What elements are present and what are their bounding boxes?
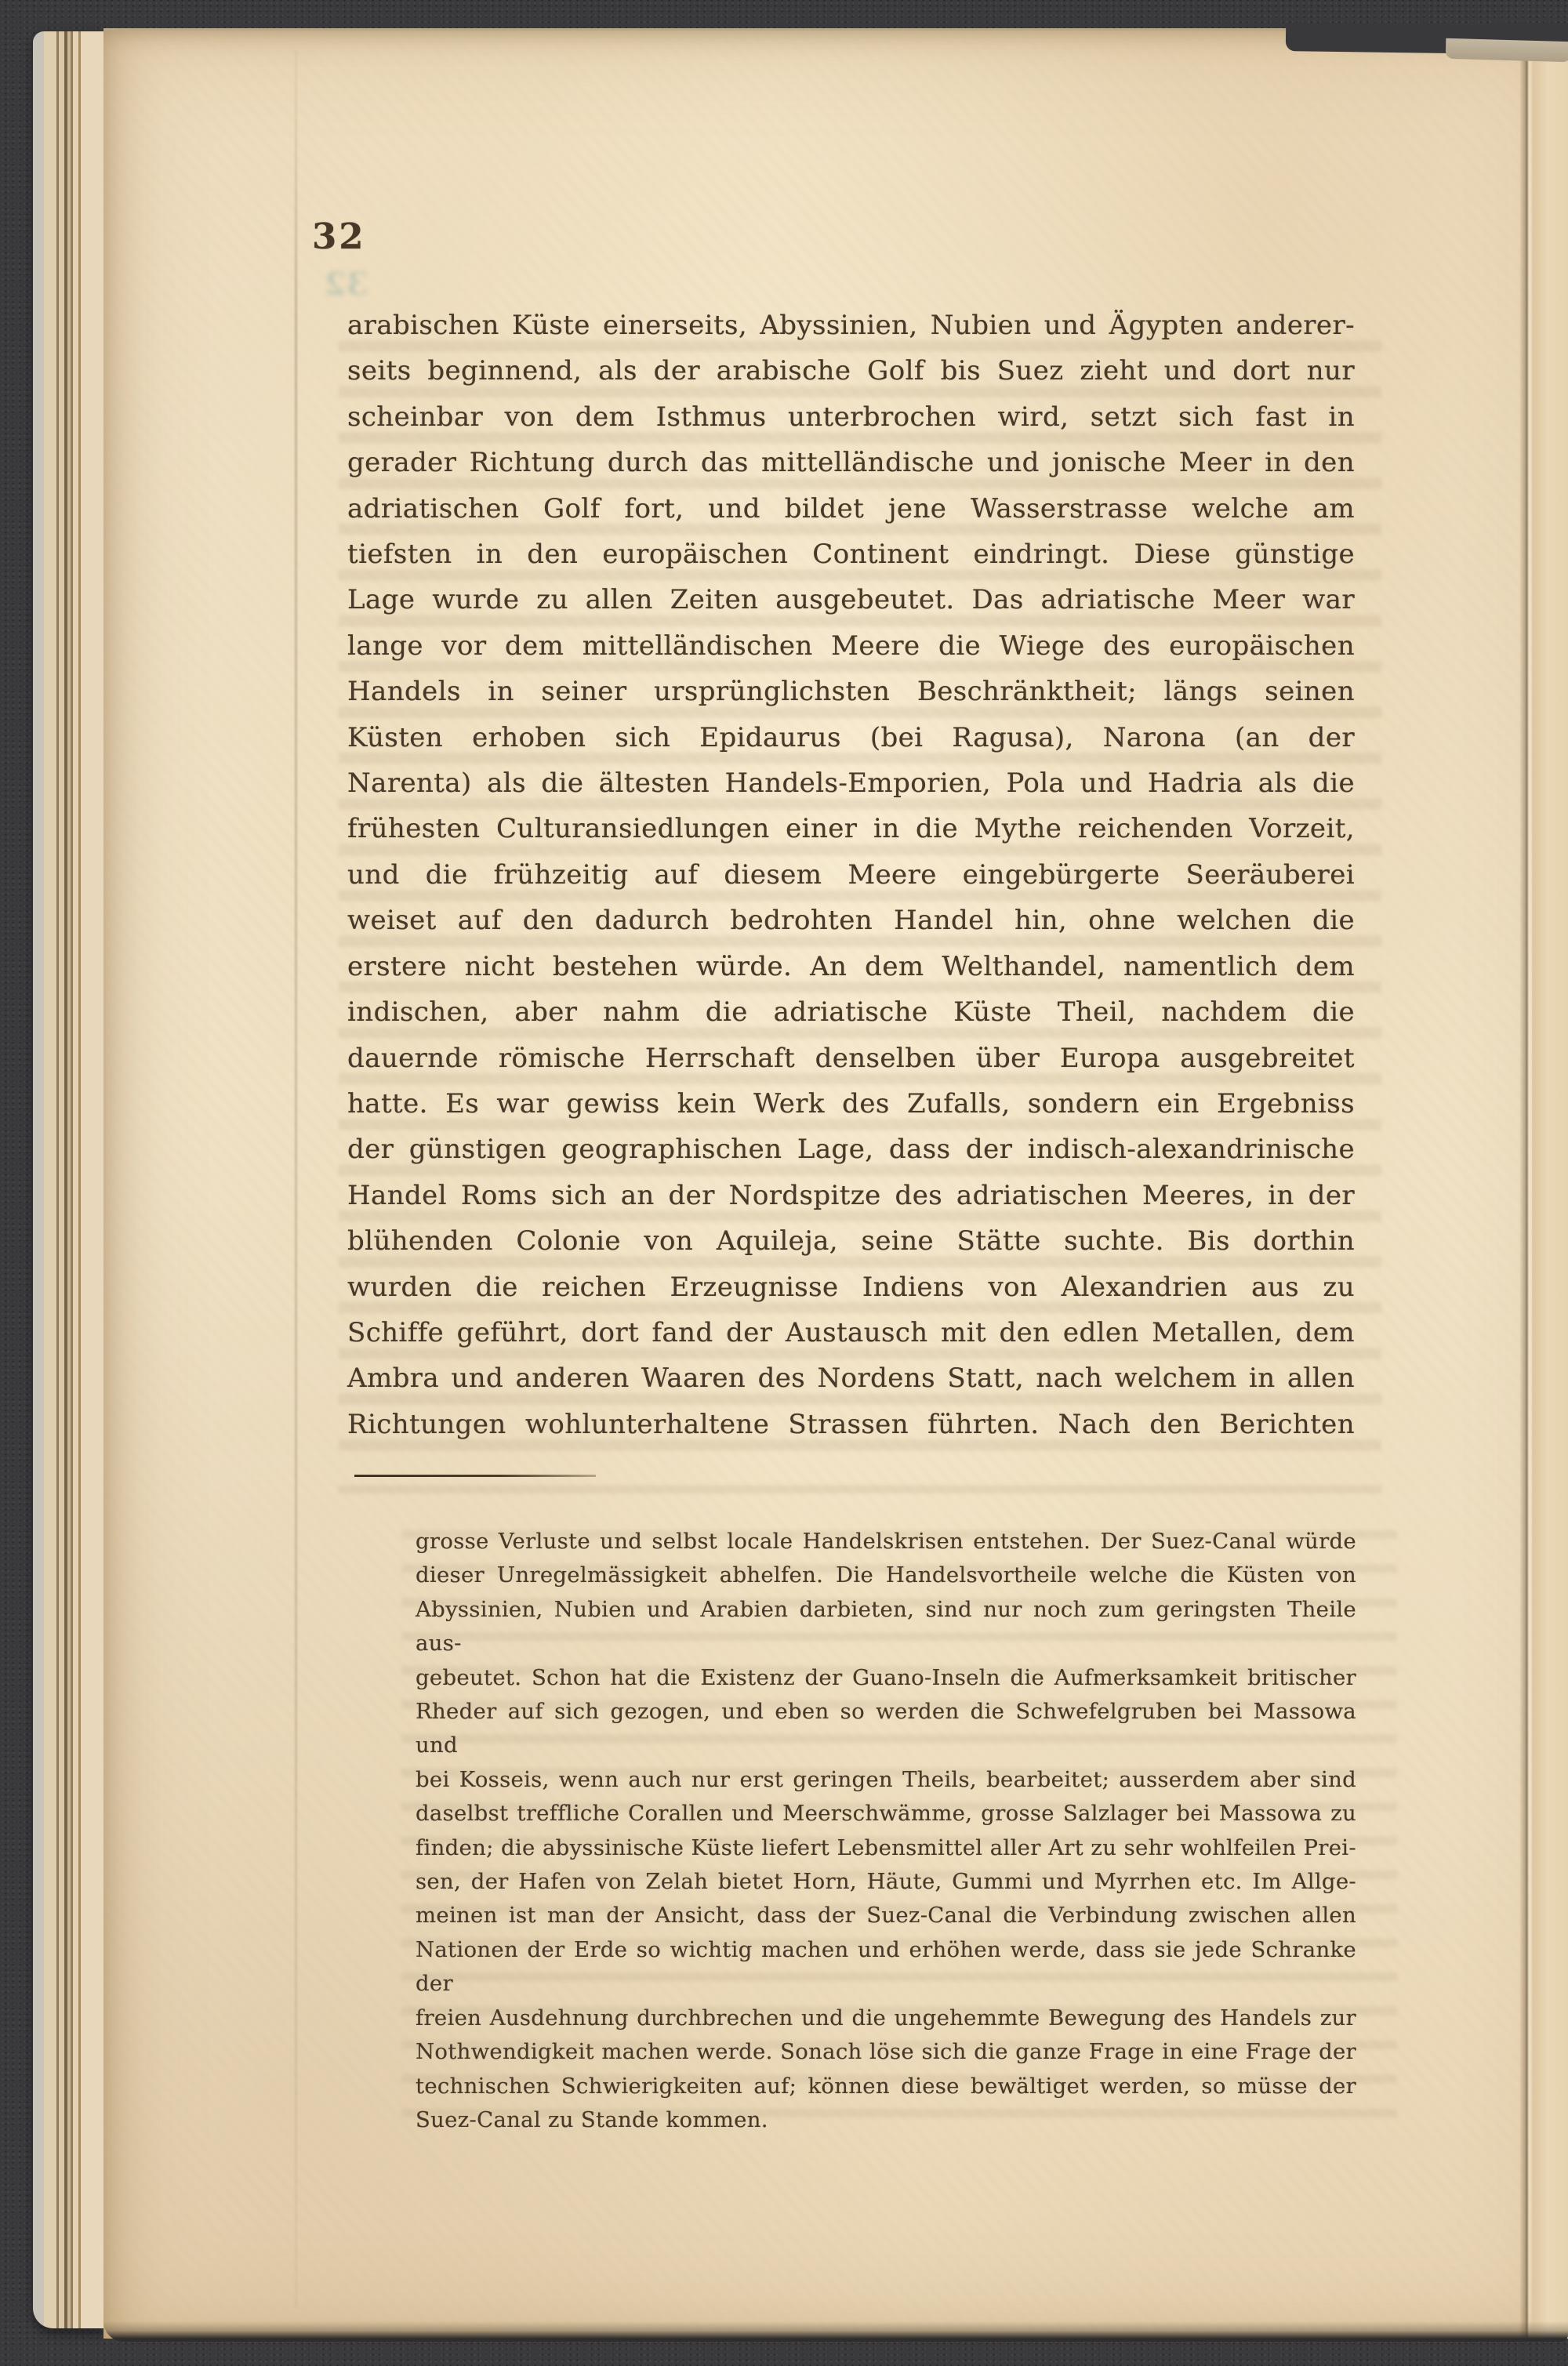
text-line: indischen, aber nahm die adriatische Küs… (347, 989, 1355, 1035)
text-line: der günstigen geographischen Lage, dass … (347, 1127, 1355, 1172)
page-bottom-edge (103, 2321, 1568, 2342)
book-page: 32 32 arabischen Küste einerseits, Abyss… (103, 28, 1568, 2339)
text-line: technischen Schwierigkeiten auf; können … (416, 2070, 1356, 2103)
main-text-block: arabischen Küste einerseits, Abyssinien,… (347, 303, 1355, 1447)
scanned-book-photo: 32 32 arabischen Küste einerseits, Abyss… (0, 0, 1568, 2366)
page-gutter-fold (1519, 31, 1534, 2339)
adjacent-page-edge (1532, 42, 1568, 2339)
text-line: tiefsten in den europäischen Continent e… (347, 532, 1355, 577)
text-line: Rheder auf sich gezogen, und eben so wer… (416, 1695, 1356, 1763)
text-line: meinen ist man der Ansicht, dass der Sue… (416, 1899, 1356, 1932)
text-line: Abyssinien, Nubien und Arabien darbieten… (416, 1593, 1356, 1661)
text-line: und die frühzeitig auf diesem Meere eing… (347, 852, 1355, 898)
text-line: adriatischen Golf fort, und bildet jene … (347, 486, 1355, 532)
text-line: gebeutet. Schon hat die Existenz der Gua… (416, 1661, 1356, 1695)
text-line: dieser Unregelmässigkeit abhelfen. Die H… (416, 1559, 1356, 1592)
text-line: weiset auf den dadurch bedrohten Handel … (347, 898, 1355, 943)
text-line: lange vor dem mittelländischen Meere die… (347, 623, 1355, 669)
text-line: hatte. Es war gewiss kein Werk des Zufal… (347, 1081, 1355, 1127)
text-line: Suez-Canal zu Stande kommen. (416, 2103, 1356, 2137)
footnote-block: grosse Verluste und selbst locale Handel… (416, 1525, 1356, 2137)
text-line: wurden die reichen Erzeugnisse Indiens v… (347, 1265, 1355, 1310)
text-line: erstere nicht bestehen würde. An dem Wel… (347, 944, 1355, 989)
text-line: dauernde römische Herrschaft denselben ü… (347, 1036, 1355, 1081)
text-line: daselbst treffliche Corallen und Meersch… (416, 1797, 1356, 1831)
text-line: frühesten Culturansiedlungen einer in di… (347, 806, 1355, 851)
text-line: Ambra und anderen Waaren des Nordens Sta… (347, 1355, 1355, 1401)
text-line: seits beginnend, als der arabische Golf … (347, 348, 1355, 394)
footnote-separator-rule (354, 1475, 596, 1477)
page-edge-sliver (1446, 38, 1568, 62)
text-line: blühenden Colonie von Aquileja, seine St… (347, 1218, 1355, 1264)
text-line: Küsten erhoben sich Epidaurus (bei Ragus… (347, 715, 1355, 760)
text-line: Narenta) als die ältesten Handels-Empori… (347, 760, 1355, 806)
text-line: Nothwendigkeit machen werde. Sonach löse… (416, 2035, 1356, 2069)
page-number: 32 (312, 216, 366, 257)
text-line: grosse Verluste und selbst locale Handel… (416, 1525, 1356, 1559)
text-line: bei Kosseis, wenn auch nur erst geringen… (416, 1763, 1356, 1797)
text-line: Schiffe geführt, dort fand der Austausch… (347, 1310, 1355, 1355)
text-line: Lage wurde zu allen Zeiten ausgebeutet. … (347, 577, 1355, 622)
show-through-page-number: 32 (325, 266, 368, 303)
page-edge-stack (33, 31, 105, 2328)
text-line: Richtungen wohlunterhaltene Strassen füh… (347, 1402, 1355, 1447)
text-line: arabischen Küste einerseits, Abyssinien,… (347, 303, 1355, 348)
text-line: finden; die abyssinische Küste liefert L… (416, 1831, 1356, 1865)
text-line: sen, der Hafen von Zelah bietet Horn, Hä… (416, 1865, 1356, 1899)
text-line: Handels in seiner ursprünglichsten Besch… (347, 669, 1355, 714)
text-line: Nationen der Erde so wichtig machen und … (416, 1933, 1356, 2001)
page-crease-line (295, 51, 297, 2309)
text-line: Handel Roms sich an der Nordspitze des a… (347, 1173, 1355, 1218)
text-line: freien Ausdehnung durchbrechen und die u… (416, 2001, 1356, 2035)
text-line: gerader Richtung durch das mittelländisc… (347, 440, 1355, 485)
text-line: scheinbar von dem Isthmus unterbrochen w… (347, 394, 1355, 440)
